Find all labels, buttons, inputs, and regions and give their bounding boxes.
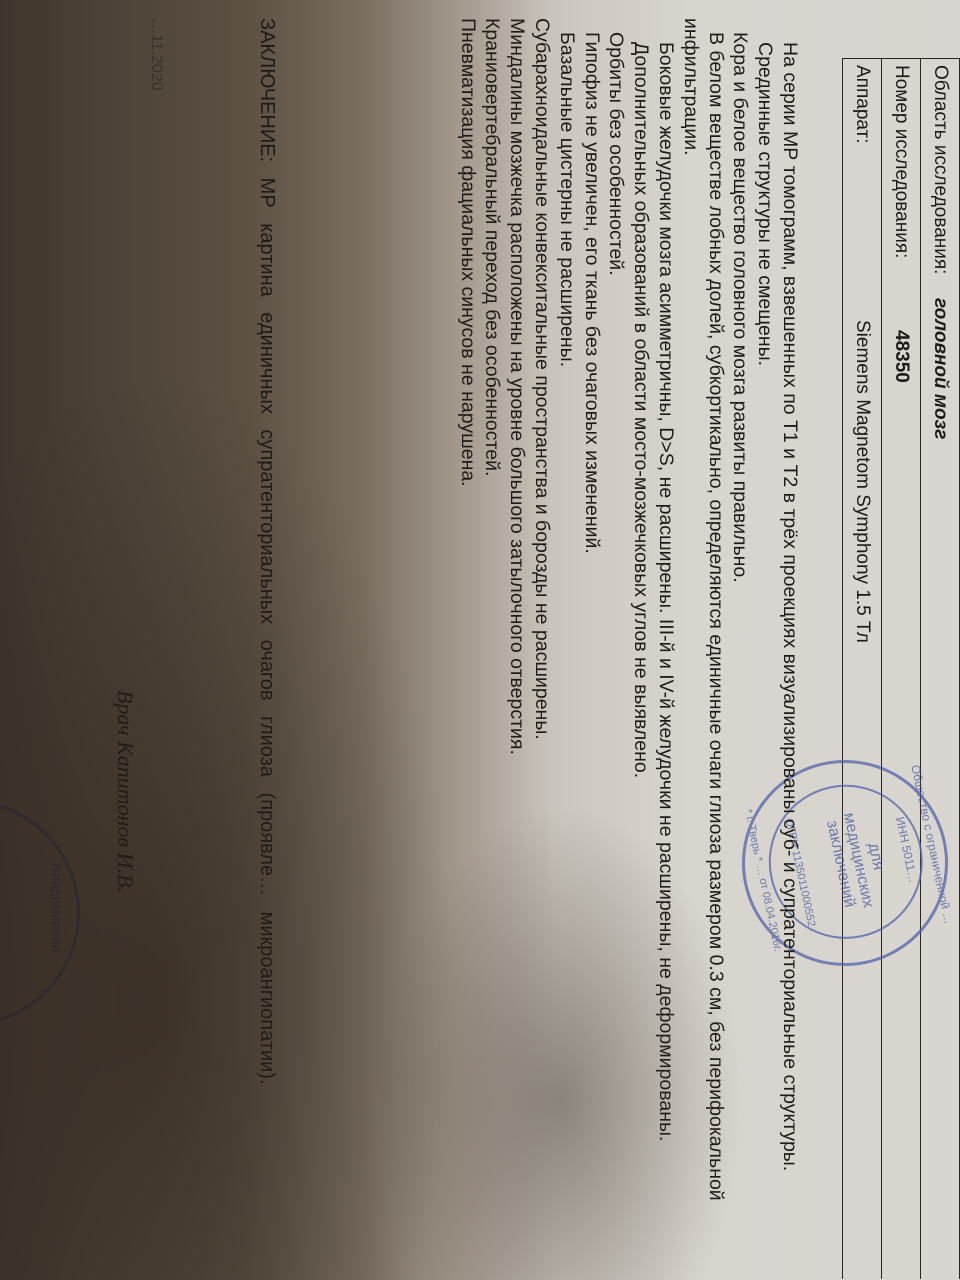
- findings-text: На серии МР томограмм, взвешенных по Т1 …: [455, 18, 802, 1258]
- area-label: Область исследования:: [921, 59, 959, 289]
- finding-paragraph: На серии МР томограмм, взвешенных по Т1 …: [777, 18, 802, 1258]
- finding-paragraph: Срединные структуры не смещены.: [752, 18, 777, 1258]
- medical-report-page: Область исследования: головной мозг Номе…: [0, 0, 960, 1280]
- finding-paragraph: В белом веществе лобных долей, субкортик…: [678, 18, 728, 1258]
- doctor-stamp: Владимирова: [0, 800, 80, 1026]
- table-row-area: Область исследования: головной мозг: [921, 59, 960, 1279]
- finding-paragraph: Боковые желудочки мозга асимметричны, D>…: [653, 18, 678, 1258]
- finding-paragraph: Гипофиз не увеличен, его ткань без очаго…: [579, 18, 604, 1258]
- finding-paragraph: Базальные цистерны не расширены.: [554, 18, 579, 1258]
- table-row-study-number: Номер исследования: 48350: [882, 59, 921, 1279]
- finding-paragraph: Краниовертебральный переход без особенно…: [480, 18, 505, 1258]
- header-table: Область исследования: головной мозг Номе…: [842, 58, 960, 1279]
- study-number-label: Номер исследования:: [882, 59, 920, 289]
- conclusion: ЗАКЛЮЧЕНИЕ: МР картина единичных супрате…: [254, 18, 280, 1258]
- finding-paragraph: Субарахноидальные конвекситальные простр…: [529, 18, 554, 1258]
- device-label: Аппарат:: [843, 59, 881, 289]
- area-value: головной мозг: [921, 289, 959, 1279]
- finding-paragraph: Орбиты без особенностей.: [604, 18, 629, 1258]
- finding-paragraph: Пневматизация фациальных синусов не нару…: [455, 18, 480, 1258]
- finding-paragraph: Дополнительных образований в области мос…: [628, 18, 653, 1258]
- finding-paragraph: Миндалины мозжечка расположены на уровне…: [504, 18, 529, 1258]
- report-date: …11.2020: [147, 18, 165, 91]
- finding-paragraph: Кора и белое вещество головного мозга ра…: [728, 18, 753, 1258]
- table-row-device: Аппарат: Siemens Magnetom Symphony 1.5 Т…: [843, 59, 882, 1279]
- doctor-signature: Врач Капитонов И.В.: [112, 690, 138, 893]
- doctor-stamp-text: Владимирова: [49, 863, 65, 952]
